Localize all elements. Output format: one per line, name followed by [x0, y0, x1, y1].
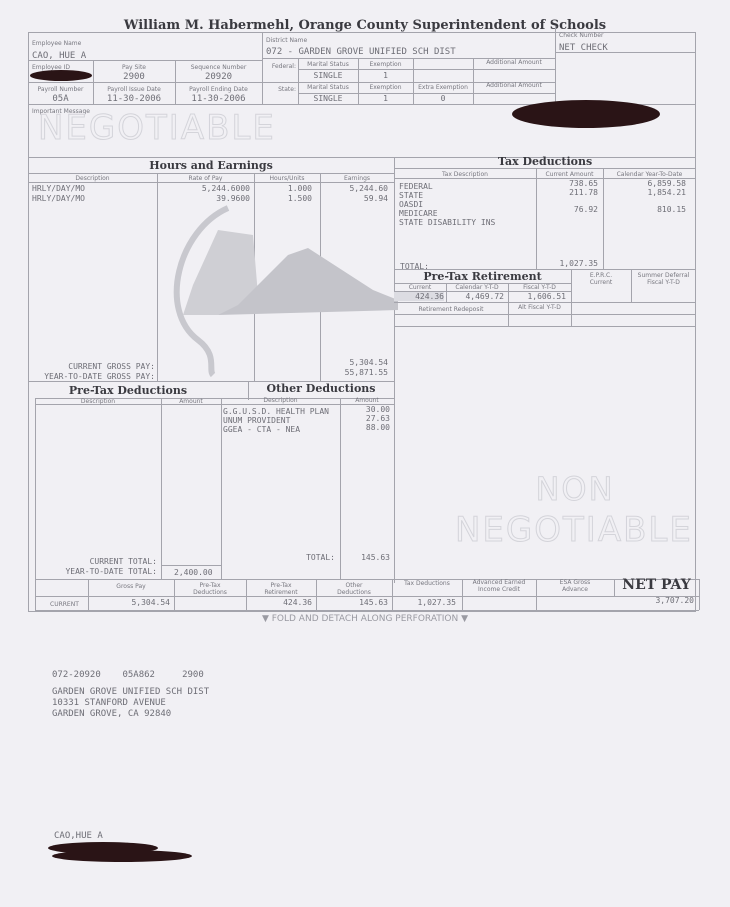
- redacted-check-info: [512, 100, 660, 128]
- federal-exemption-label: Exemption: [358, 61, 413, 68]
- non-watermark: NON: [440, 470, 710, 508]
- retirement-fiscal-ytd: 1,606.51: [508, 292, 566, 301]
- summer-fiscal-ytd-label: Fiscal Y-T-D: [631, 279, 696, 286]
- federal-additional-label: Additional Amount: [473, 59, 555, 66]
- pretax-col-description: Description: [35, 398, 161, 405]
- recipient-name: CAO,HUE A: [54, 831, 103, 841]
- other-deduction-amount: 27.63: [340, 414, 390, 423]
- state-extra-exemption: 0: [413, 94, 473, 103]
- payroll-number: 05A: [28, 94, 93, 104]
- net-pay-label: NET PAY: [614, 577, 699, 593]
- other-col-description: Description: [221, 397, 340, 404]
- tax-deductions-title: Tax Deductions: [394, 155, 696, 168]
- pay-site-label: Pay Site: [93, 64, 175, 71]
- federal-marital-label: Marital Status: [298, 61, 358, 68]
- retirement-redeposit-label: Retirement Redeposit: [394, 306, 508, 313]
- col-description: Description: [28, 175, 157, 182]
- summary-gross-pay: 5,304.54: [88, 598, 170, 607]
- sequence-number-label: Sequence Number: [175, 64, 262, 71]
- earning-description: HRLY/DAY/MO: [32, 184, 85, 193]
- pretax-ytd-total: 2,400.00: [174, 568, 213, 577]
- employee-name: CAO, HUE A: [32, 51, 86, 61]
- district-name: 072 - GARDEN GROVE UNIFIED SCH DIST: [266, 47, 456, 57]
- ytd-gross-label: YEAR-TO-DATE GROSS PAY:: [28, 372, 155, 381]
- other-deductions-title: Other Deductions: [248, 382, 394, 395]
- mailing-ref-line: 072-20920 05A862 2900: [52, 670, 204, 680]
- ending-date-label: Payroll Ending Date: [175, 86, 262, 93]
- retirement-fiscal-ytd-label: Fiscal Y-T-D: [508, 284, 571, 291]
- pretax-col-amount: Amount: [161, 398, 221, 405]
- other-deduction-amount: 30.00: [340, 405, 390, 414]
- tax-description: MEDICARE: [399, 209, 438, 218]
- issue-date: 11-30-2006: [93, 94, 175, 104]
- mailing-ref-site: 2900: [182, 670, 204, 680]
- employee-name-label: Employee Name: [32, 40, 81, 47]
- col-current-amount: Current Amount: [536, 171, 603, 178]
- tax-current: 211.78: [536, 188, 598, 197]
- earning-description: HRLY/DAY/MO: [32, 194, 85, 203]
- fold-text: FOLD AND DETACH ALONG PERFORATION: [272, 614, 459, 624]
- summary-net-pay: 3,707.20: [614, 596, 694, 605]
- issue-date-label: Payroll Issue Date: [93, 86, 175, 93]
- col-calendar-ytd: Calendar Year-To-Date: [603, 171, 696, 178]
- earning-amount: 5,244.60: [320, 184, 388, 193]
- summary-gross-pay-label: Gross Pay: [88, 583, 174, 590]
- other-total-label: TOTAL:: [221, 553, 335, 562]
- other-deductions-total: 145.63: [340, 553, 390, 562]
- redacted-employee-id: [30, 70, 92, 81]
- summary-pretax-deductions-label: Pre-Tax Deductions: [174, 582, 246, 596]
- state-marital-label: Marital Status: [298, 84, 358, 91]
- state-marital-status: SINGLE: [298, 94, 358, 103]
- alt-fiscal-ytd-label: Alt Fiscal Y-T-D: [508, 304, 571, 311]
- return-address-street: 10331 STANFORD AVENUE: [52, 698, 166, 708]
- retirement-calendar-ytd-label: Calendar Y-T-D: [446, 284, 508, 291]
- eprc-label: E.P.R.C.: [571, 272, 631, 279]
- summary-row-label: CURRENT: [50, 601, 79, 608]
- mailing-ref-code: 05A862: [122, 670, 155, 680]
- tax-description: FEDERAL: [399, 182, 433, 191]
- summary-other-deductions-label: Other Deductions: [316, 582, 392, 596]
- return-address-city: GARDEN GROVE, CA 92840: [52, 709, 171, 719]
- tax-ytd: 1,854.21: [603, 188, 686, 197]
- check-number: NET CHECK: [559, 43, 608, 53]
- pretax-current-total-label: CURRENT TOTAL:: [35, 557, 157, 566]
- tax-description: OASDI: [399, 200, 423, 209]
- pay-site: 2900: [93, 72, 175, 82]
- non-negotiable-watermark: NEGOTIABLE: [455, 510, 693, 550]
- col-hours: Hours/Units: [254, 175, 320, 182]
- check-number-label: Check Number: [559, 32, 603, 39]
- earning-hours: 1.000: [254, 184, 312, 193]
- tax-total: 1,027.35: [536, 259, 598, 268]
- retirement-current-label: Current: [394, 284, 446, 291]
- state-label: State:: [262, 86, 296, 93]
- current-gross-label: CURRENT GROSS PAY:: [28, 362, 155, 371]
- down-arrow-icon: ▼: [262, 614, 269, 624]
- federal-label: Federal:: [262, 63, 296, 70]
- pretax-ytd-total-label: YEAR-TO-DATE TOTAL:: [35, 567, 157, 576]
- other-col-amount: Amount: [340, 397, 394, 404]
- summary-other-deductions: 145.63: [316, 598, 388, 607]
- summary-pretax-retirement: 424.36: [246, 598, 312, 607]
- state-additional-label: Additional Amount: [473, 82, 555, 89]
- federal-exemption: 1: [358, 71, 413, 80]
- district-logo-watermark: [158, 200, 398, 380]
- down-arrow-icon: ▼: [461, 614, 468, 624]
- col-rate: Rate of Pay: [157, 175, 254, 182]
- summary-esa-label: ESA Gross Advance: [536, 579, 614, 593]
- earning-rate: 5,244.6000: [157, 184, 250, 193]
- payroll-number-label: Payroll Number: [28, 86, 93, 93]
- col-earnings: Earnings: [320, 175, 394, 182]
- current-gross-pay: 5,304.54: [320, 358, 388, 367]
- summary-tax-deductions: 1,027.35: [392, 598, 456, 607]
- state-exemption-label: Exemption: [358, 84, 413, 91]
- sequence-number: 20920: [175, 72, 262, 82]
- summary-pretax-retirement-label: Pre-Tax Retirement: [246, 582, 316, 596]
- eprc-current-label: Current: [571, 279, 631, 286]
- other-deduction-description: GGEA - CTA - NEA: [223, 425, 300, 434]
- tax-description: STATE: [399, 191, 423, 200]
- hours-earnings-title: Hours and Earnings: [28, 159, 394, 172]
- redacted-address: [52, 850, 192, 862]
- col-tax-description: Tax Description: [394, 171, 536, 178]
- pretax-retirement-title: Pre-Tax Retirement: [394, 270, 571, 283]
- mailing-ref-sequence: 072-20920: [52, 670, 101, 680]
- summary-aeic-label: Advanced Earned Income Credit: [462, 579, 536, 593]
- ending-date: 11-30-2006: [175, 94, 262, 104]
- other-deduction-description: UNUM PROVIDENT: [223, 416, 290, 425]
- negotiable-watermark: NEGOTIABLE: [38, 108, 276, 148]
- tax-current: 76.92: [536, 205, 598, 214]
- state-extra-exemption-label: Extra Exemption: [413, 84, 473, 91]
- retirement-current: 424.36: [394, 292, 444, 301]
- page-title: William M. Habermehl, Orange County Supe…: [0, 18, 730, 33]
- state-exemption: 1: [358, 94, 413, 103]
- tax-current: 738.65: [536, 179, 598, 188]
- other-deduction-description: G.G.U.S.D. HEALTH PLAN: [223, 407, 329, 416]
- fold-instruction: ▼ FOLD AND DETACH ALONG PERFORATION ▼: [0, 614, 730, 624]
- tax-ytd: 810.15: [603, 205, 686, 214]
- summary-tax-deductions-label: Tax Deductions: [392, 580, 462, 587]
- tax-description: STATE DISABILITY INS: [399, 218, 495, 227]
- summer-deferral-label: Summer Deferral: [631, 272, 696, 279]
- retirement-calendar-ytd: 4,469.72: [446, 292, 504, 301]
- federal-marital-status: SINGLE: [298, 71, 358, 80]
- pretax-deductions-title: Pre-Tax Deductions: [28, 384, 228, 397]
- ytd-gross-pay: 55,871.55: [320, 368, 388, 377]
- other-deduction-amount: 88.00: [340, 423, 390, 432]
- return-address-name: GARDEN GROVE UNIFIED SCH DIST: [52, 687, 209, 697]
- district-name-label: District Name: [266, 37, 307, 44]
- tax-ytd: 6,859.58: [603, 179, 686, 188]
